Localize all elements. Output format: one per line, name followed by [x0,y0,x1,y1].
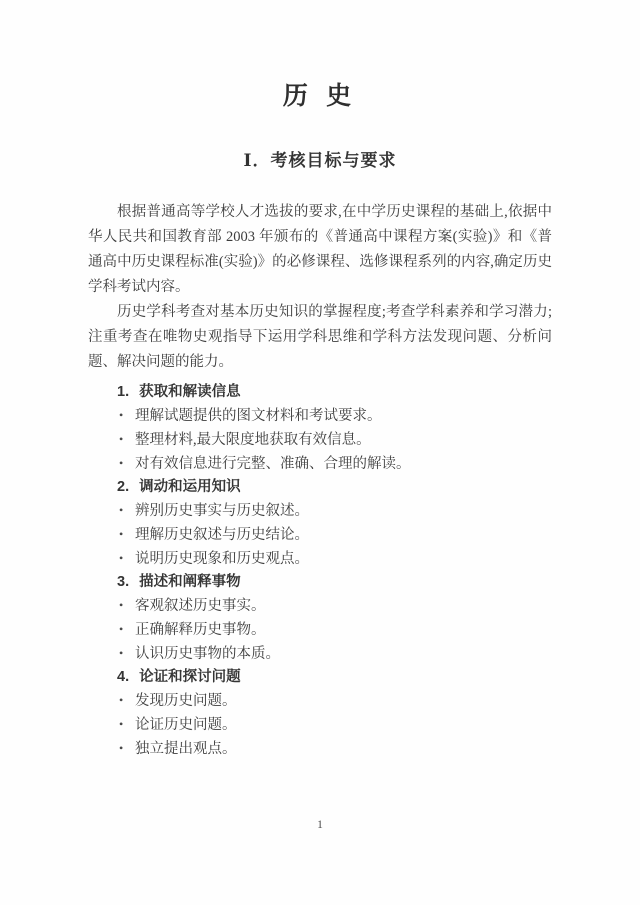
objective-number: 3. [117,574,129,590]
list-item: •发现历史问题。 [119,689,552,713]
list-item-text: 理解试题提供的图文材料和考试要求。 [135,408,382,424]
list-item: •认识历史事物的本质。 [119,642,552,666]
document-body: 根据普通高等学校人才选拔的要求,在中学历史课程的基础上,依据中华人民共和国教育部… [88,200,552,761]
bullet-icon: • [119,737,135,760]
objective-heading-4: 4.论证和探讨问题 [117,666,552,689]
list-item-text: 论证历史问题。 [135,717,237,733]
list-item-text: 发现历史问题。 [135,693,237,709]
objective-title: 论证和探讨问题 [139,669,241,685]
bullet-icon: • [119,404,135,427]
list-item-text: 理解历史叙述与历史结论。 [135,527,309,543]
list-item-text: 正确解释历史事物。 [135,622,266,638]
list-item: •正确解释历史事物。 [119,618,552,642]
document-title: 历 史 [0,0,640,112]
bullet-icon: • [119,689,135,712]
list-item-text: 对有效信息进行完整、准确、合理的解读。 [135,456,411,472]
objective-heading-2: 2.调动和运用知识 [117,476,552,499]
objective-heading-1: 1.获取和解读信息 [117,381,552,404]
exam-scope-paragraph: 历史学科考查对基本历史知识的掌握程度;考查学科素养和学习潜力;注重考查在唯物史观… [88,300,552,375]
bullet-icon: • [119,499,135,522]
list-item-text: 客观叙述历史事实。 [135,598,266,614]
bullet-icon: • [119,594,135,617]
objective-number: 4. [117,669,129,685]
section-heading: Ⅰ．考核目标与要求 [0,146,640,171]
list-item: •辨别历史事实与历史叙述。 [119,499,552,523]
document-page: 历 史 Ⅰ．考核目标与要求 根据普通高等学校人才选拔的要求,在中学历史课程的基础… [0,0,640,905]
bullet-icon: • [119,428,135,451]
bullet-icon: • [119,547,135,570]
list-item: •整理材料,最大限度地获取有效信息。 [119,428,552,452]
objectives-list: 1.获取和解读信息 •理解试题提供的图文材料和考试要求。 •整理材料,最大限度地… [88,381,552,761]
list-item: •理解试题提供的图文材料和考试要求。 [119,404,552,428]
bullet-icon: • [119,523,135,546]
bullet-icon: • [119,452,135,475]
list-item-text: 独立提出观点。 [135,741,237,757]
list-item-text: 说明历史现象和历史观点。 [135,551,309,567]
bullet-icon: • [119,713,135,736]
objective-title: 描述和阐释事物 [139,574,241,590]
list-item-text: 认识历史事物的本质。 [135,646,280,662]
list-item: •客观叙述历史事实。 [119,594,552,618]
list-item-text: 辨别历史事实与历史叙述。 [135,503,309,519]
bullet-icon: • [119,618,135,641]
objective-heading-3: 3.描述和阐释事物 [117,571,552,594]
list-item: •论证历史问题。 [119,713,552,737]
list-item: •独立提出观点。 [119,737,552,761]
list-item: •说明历史现象和历史观点。 [119,547,552,571]
objective-number: 1. [117,384,129,400]
page-number: 1 [0,819,640,831]
bullet-icon: • [119,642,135,665]
objective-number: 2. [117,479,129,495]
intro-paragraph: 根据普通高等学校人才选拔的要求,在中学历史课程的基础上,依据中华人民共和国教育部… [88,200,552,300]
objective-title: 获取和解读信息 [139,384,241,400]
list-item: •对有效信息进行完整、准确、合理的解读。 [119,452,552,476]
objective-title: 调动和运用知识 [139,479,241,495]
list-item-text: 整理材料,最大限度地获取有效信息。 [135,432,371,448]
list-item: •理解历史叙述与历史结论。 [119,523,552,547]
